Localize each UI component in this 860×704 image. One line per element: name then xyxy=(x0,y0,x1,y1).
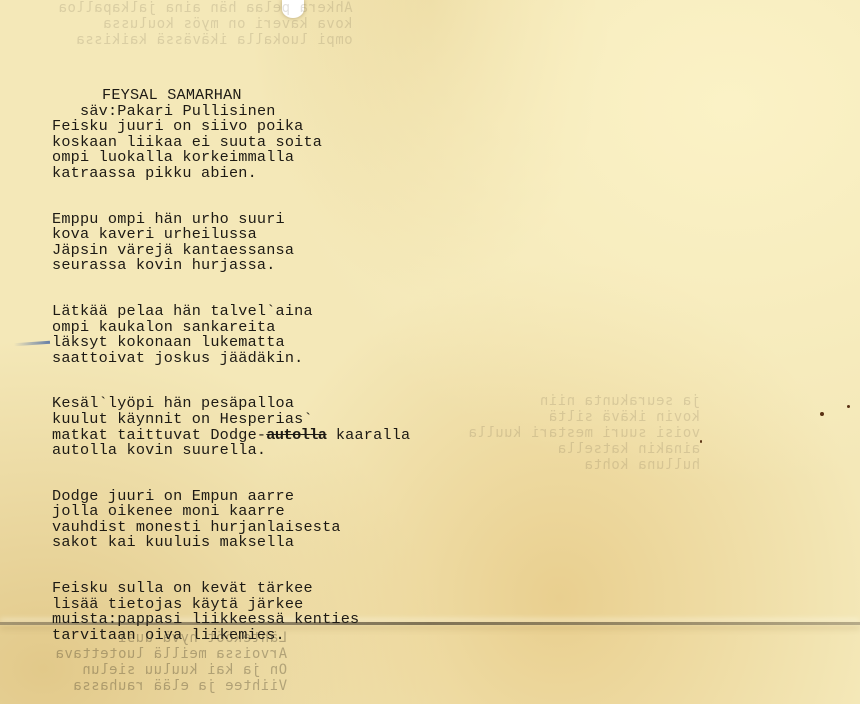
stanza-4: Kesäl`lyöpi hän pesäpalloa kuulut käynni… xyxy=(52,396,410,458)
verse-line: autolla kovin suurella. xyxy=(52,443,410,459)
verse-line: saattoivat joskus jäädäkin. xyxy=(52,351,410,367)
verse-line: katraassa pikku abien. xyxy=(52,166,410,182)
scanned-page: Ahkera pelaa hän aina jalkapalloa kova k… xyxy=(0,0,860,704)
stanza-1: Feisku juuri on siivo poika koskaan liik… xyxy=(52,119,410,181)
verse-line: sakot kai kuuluis maksella xyxy=(52,535,410,551)
poem: FEYSAL SAMARHAN säv:Pakari Pullisinen Fe… xyxy=(52,88,410,673)
stain-spot xyxy=(820,412,824,416)
stain-spot xyxy=(847,405,850,408)
bleed-through-text-right: ja seurakunta niin kovin ikävä siltä voi… xyxy=(468,393,700,473)
verse-text: kaaralla xyxy=(327,426,411,444)
stain-spot xyxy=(700,440,702,443)
bleed-through-text-top: Ahkera pelaa hän aina jalkapalloa kova k… xyxy=(58,0,353,48)
verse-line: tarvitaan oiva liikemies. xyxy=(52,628,410,644)
verse-line: seurassa kovin hurjassa. xyxy=(52,258,410,274)
stanza-6: Feisku sulla on kevät tärkee lisää tieto… xyxy=(52,581,410,643)
stanza-2: Emppu ompi hän urho suuri kova kaveri ur… xyxy=(52,212,410,274)
stanza-5: Dodge juuri on Empun aarre jolla oikenee… xyxy=(52,489,410,551)
struck-out-word: autolla xyxy=(266,426,326,444)
ink-mark xyxy=(14,341,50,347)
stanza-3: Lätkää pelaa hän talvel`aina ompi kaukal… xyxy=(52,304,410,366)
